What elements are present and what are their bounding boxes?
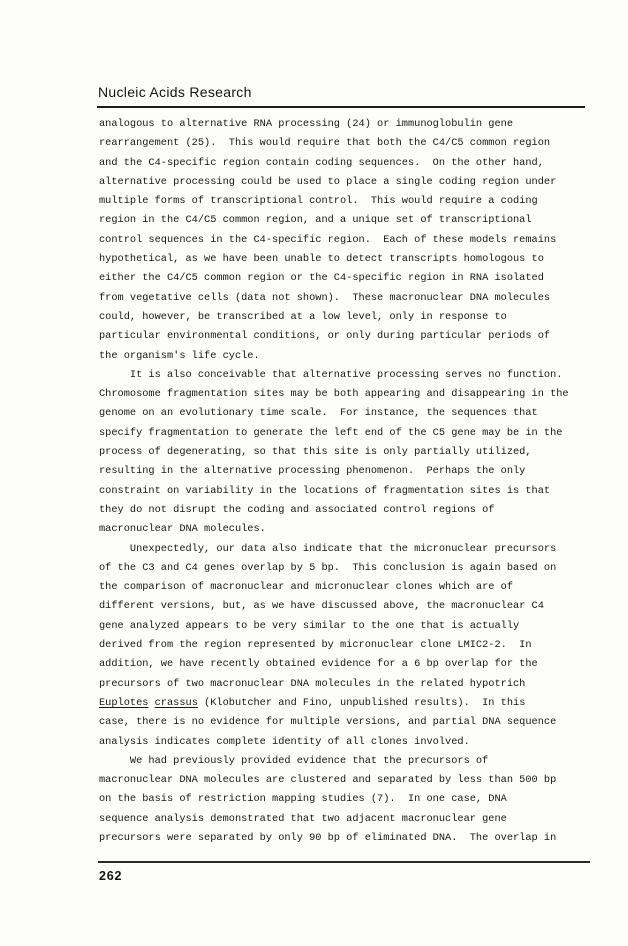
text-line: region in the C4/C5 common region, and a… — [99, 211, 579, 230]
text-line: they do not disrupt the coding and assoc… — [99, 501, 579, 520]
text-line: the comparison of macronuclear and micro… — [99, 578, 579, 597]
text-line: macronuclear DNA molecules are clustered… — [99, 771, 579, 790]
text-line: analogous to alternative RNA processing … — [99, 115, 579, 134]
text-line: It is also conceivable that alternative … — [99, 366, 579, 385]
text-line: addition, we have recently obtained evid… — [99, 655, 579, 674]
journal-title: Nucleic Acids Research — [98, 84, 252, 100]
text-line: gene analyzed appears to be very similar… — [99, 617, 579, 636]
text-line: the organism's life cycle. — [99, 347, 579, 366]
text-line: and the C4-specific region contain codin… — [99, 154, 579, 173]
text-line: Euplotes crassus (Klobutcher and Fino, u… — [99, 694, 579, 713]
text-line: specify fragmentation to generate the le… — [99, 424, 579, 443]
text-line: from vegetative cells (data not shown). … — [99, 289, 579, 308]
species-name-underlined: Euplotes — [99, 697, 148, 709]
text-line: We had previously provided evidence that… — [99, 752, 579, 771]
text-line: hypothetical, as we have been unable to … — [99, 250, 579, 269]
text-line: derived from the region represented by m… — [99, 636, 579, 655]
text-line: genome on an evolutionary time scale. Fo… — [99, 404, 579, 423]
text-line: macronuclear DNA molecules. — [99, 520, 579, 539]
species-name-underlined: crassus — [155, 697, 198, 709]
text-line: resulting in the alternative processing … — [99, 462, 579, 481]
text-line: Chromosome fragmentation sites may be bo… — [99, 385, 579, 404]
text-line: particular environmental conditions, or … — [99, 327, 579, 346]
text-line: sequence analysis demonstrated that two … — [99, 810, 579, 829]
text-line: analysis indicates complete identity of … — [99, 733, 579, 752]
text-line: precursors of two macronuclear DNA molec… — [99, 675, 579, 694]
text-line: could, however, be transcribed at a low … — [99, 308, 579, 327]
text-line: Unexpectedly, our data also indicate tha… — [99, 540, 579, 559]
text-line: alternative processing could be used to … — [99, 173, 579, 192]
text-line: either the C4/C5 common region or the C4… — [99, 269, 579, 288]
text-line: case, there is no evidence for multiple … — [99, 713, 579, 732]
text-line: precursors were separated by only 90 bp … — [99, 829, 579, 848]
text-line: of the C3 and C4 genes overlap by 5 bp. … — [99, 559, 579, 578]
page-number: 262 — [99, 869, 122, 883]
text-line: rearrangement (25). This would require t… — [99, 134, 579, 153]
text-line: different versions, but, as we have disc… — [99, 597, 579, 616]
text-line: on the basis of restriction mapping stud… — [99, 790, 579, 809]
text-line: control sequences in the C4-specific reg… — [99, 231, 579, 250]
text-line: multiple forms of transcriptional contro… — [99, 192, 579, 211]
text-line: constraint on variability in the locatio… — [99, 482, 579, 501]
header-rule — [97, 106, 585, 108]
article-body: analogous to alternative RNA processing … — [99, 115, 579, 848]
text-line: process of degenerating, so that this si… — [99, 443, 579, 462]
footer-rule — [98, 861, 590, 863]
scanned-journal-page: Nucleic Acids Research analogous to alte… — [0, 0, 628, 946]
